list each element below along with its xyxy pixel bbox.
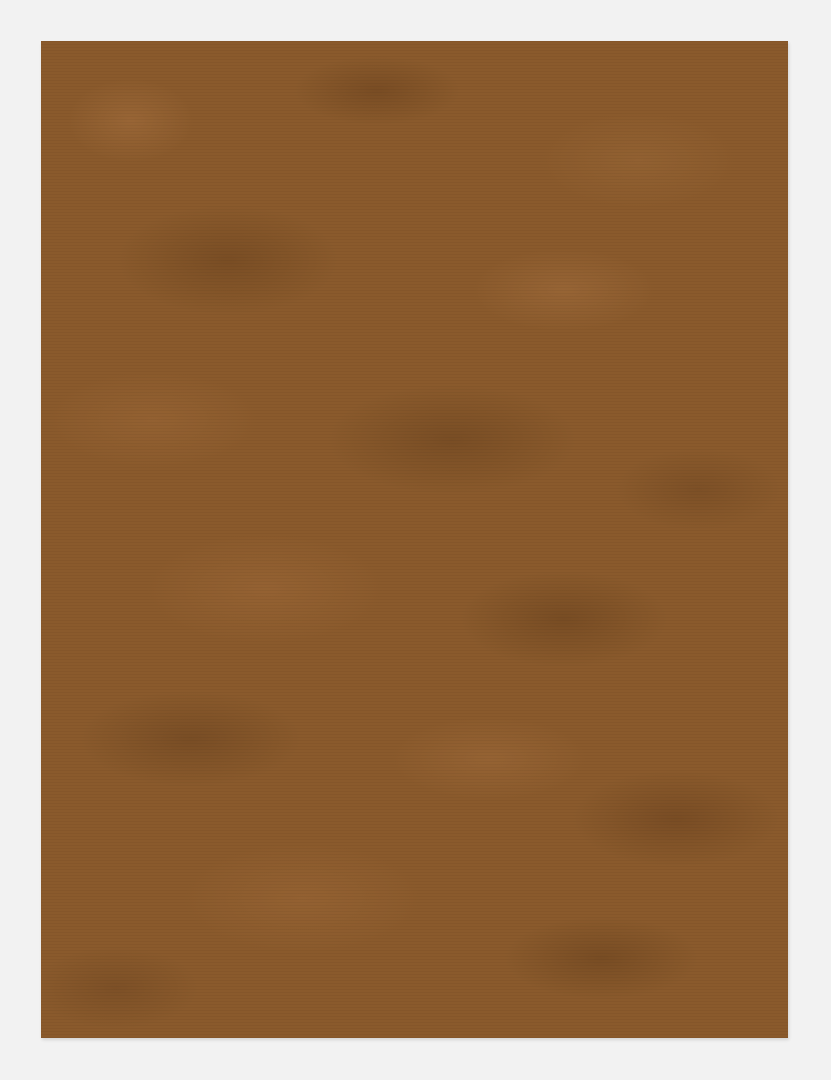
rug-weave-lines xyxy=(41,41,788,1038)
rug xyxy=(41,41,788,1038)
